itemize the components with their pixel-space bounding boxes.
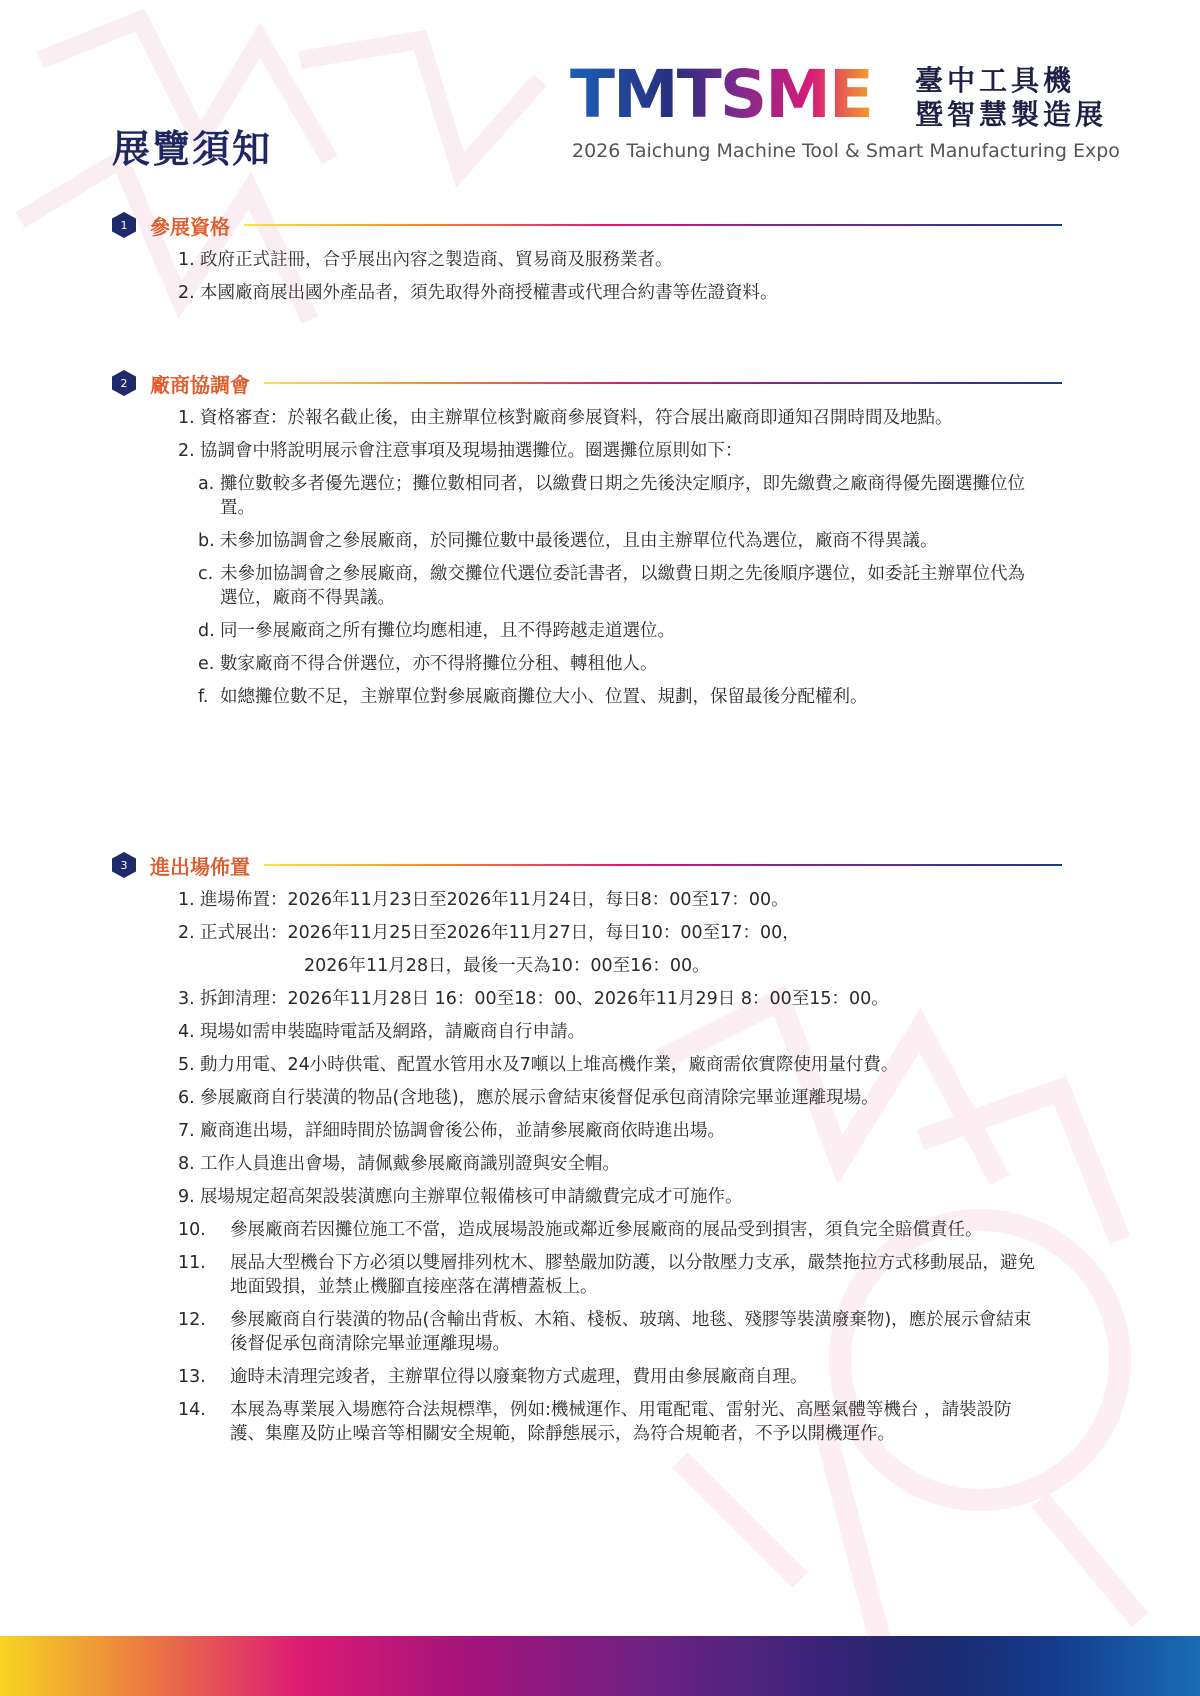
logo-chinese-name: 臺中工具機 暨智慧製造展 [915,64,1107,132]
section-title: 進出場佈置 [150,851,250,880]
hexagon-number-icon: 1 [112,212,136,238]
item-number: 14. [178,1398,230,1446]
item-text: 如總攤位數不足，主辦單位對參展廠商攤位大小、位置、規劃，保留最後分配權利。 [220,685,1032,709]
item-text: 展場規定超高架設裝潢應向主辦單位報備核可申請繳費完成才可施作。 [200,1185,1042,1209]
item-text: 未參加協調會之參展廠商，於同攤位數中最後選位，且由主辦單位代為選位，廠商不得異議… [220,529,1032,553]
item-text: 廠商進出場，詳細時間於協調會後公佈，並請參展廠商依時進出場。 [200,1119,1042,1143]
item-text: 協調會中將說明展示會注意事項及現場抽選攤位。圈選攤位原則如下： [200,439,1032,463]
list-item: 6.參展廠商自行裝潢的物品(含地毯)，應於展示會結束後督促承包商清除完畢並運離現… [178,1086,1042,1110]
list-item: 2.協調會中將說明展示會注意事項及現場抽選攤位。圈選攤位原則如下： [178,439,1032,463]
list-item: 1.進場佈置：2026年11月23日至2026年11月24日，每日8：00至17… [178,888,1042,912]
logo-cn-line2: 暨智慧製造展 [915,98,1107,132]
section-header: 1 參展資格 [112,210,1062,240]
item-text: 未參加協調會之參展廠商，繳交攤位代選位委託書者，以繳費日期之先後順序選位，如委託… [220,562,1032,610]
item-text: 本國廠商展出國外產品者，須先取得外商授權書或代理合約書等佐證資料。 [200,281,1062,305]
item-text: 參展廠商自行裝潢的物品(含地毯)，應於展示會結束後督促承包商清除完畢並運離現場。 [200,1086,1042,1110]
sub-list-item: b.未參加協調會之參展廠商，於同攤位數中最後選位，且由主辦單位代為選位，廠商不得… [198,529,1032,553]
item-number: 7. [178,1119,200,1143]
item-number: 11. [178,1251,230,1299]
item-letter: d. [198,619,220,643]
sub-list-item: d.同一參展廠商之所有攤位均應相連，且不得跨越走道選位。 [198,619,1032,643]
list-item: 11.展品大型機台下方必須以雙層排列枕木、膠墊嚴加防護，以分散壓力支承，嚴禁拖拉… [178,1251,1042,1299]
item-number: 3. [178,987,200,1011]
expo-logo: TMTSME 臺中工具機 暨智慧製造展 2026 Taichung Machin… [570,62,1130,172]
section-header: 3 進出場佈置 [112,850,1062,880]
item-letter: a. [198,472,220,520]
item-number: 12. [178,1308,230,1356]
list-item: 2.本國廠商展出國外產品者，須先取得外商授權書或代理合約書等佐證資料。 [178,281,1062,305]
item-number: 2. [178,281,200,305]
item-text: 現場如需申裝臨時電話及網路，請廠商自行申請。 [200,1020,1042,1044]
item-number: 5. [178,1053,200,1077]
item-text: 正式展出：2026年11月25日至2026年11月27日，每日10：00至17：… [200,921,1042,945]
item-text: 參展廠商自行裝潢的物品(含輸出背板、木箱、棧板、玻璃、地毯、殘膠等裝潢廢棄物)，… [230,1308,1042,1356]
item-number: 1. [178,888,200,912]
item-text: 拆卸清理：2026年11月28日 16：00至18：00、2026年11月29日… [200,987,1042,1011]
item-number: 2. [178,921,200,945]
logo-cn-line1: 臺中工具機 [915,64,1107,98]
gradient-divider [244,224,1062,226]
item-number: 8. [178,1152,200,1176]
item-text: 進場佈置：2026年11月23日至2026年11月24日，每日8：00至17：0… [200,888,1042,912]
list-item: 13.逾時未清理完竣者，主辦單位得以廢棄物方式處理，費用由參展廠商自理。 [178,1365,1042,1389]
list-item: 8.工作人員進出會場，請佩戴參展廠商識別證與安全帽。 [178,1152,1042,1176]
item-letter: c. [198,562,220,610]
item-text: 同一參展廠商之所有攤位均應相連，且不得跨越走道選位。 [220,619,1032,643]
item-number: 2. [178,439,200,463]
section-title: 廠商協調會 [150,369,250,398]
section-eligibility: 1 參展資格 1.政府正式註冊，合乎展出內容之製造商、貿易商及服務業者。 2.本… [112,210,1062,314]
section-coordination-meeting: 2 廠商協調會 1.資格審查：於報名截止後，由主辦單位核對廠商參展資料，符合展出… [112,368,1062,718]
item-text: 本展為專業展入場應符合法規標準，例如:機械運作、用電配電、雷射光、高壓氣體等機台… [230,1398,1042,1446]
item-text: 數家廠商不得合併選位，亦不得將攤位分租、轉租他人。 [220,652,1032,676]
list-item: 7.廠商進出場，詳細時間於協調會後公佈，並請參展廠商依時進出場。 [178,1119,1042,1143]
list-item: 10.參展廠商若因攤位施工不當，造成展場設施或鄰近參展廠商的展品受到損害，須負完… [178,1218,1042,1242]
hexagon-number-icon: 2 [112,370,136,396]
list-item: 9.展場規定超高架設裝潢應向主辦單位報備核可申請繳費完成才可施作。 [178,1185,1042,1209]
sub-list-item: e.數家廠商不得合併選位，亦不得將攤位分租、轉租他人。 [198,652,1032,676]
list-item: 4.現場如需申裝臨時電話及網路，請廠商自行申請。 [178,1020,1042,1044]
footer-gradient-bar [0,1636,1200,1696]
item-text: 攤位數較多者優先選位；攤位數相同者，以繳費日期之先後決定順序，即先繳費之廠商得優… [220,472,1032,520]
list-item: 2.正式展出：2026年11月25日至2026年11月27日，每日10：00至1… [178,921,1042,978]
list-item: 12.參展廠商自行裝潢的物品(含輸出背板、木箱、棧板、玻璃、地毯、殘膠等裝潢廢棄… [178,1308,1042,1356]
item-number: 1. [178,248,200,272]
item-text: 展品大型機台下方必須以雙層排列枕木、膠墊嚴加防護，以分散壓力支承，嚴禁拖拉方式移… [230,1251,1042,1299]
item-text-continuation: 2026年11月28日，最後一天為10：00至16：00。 [178,954,1042,978]
item-number: 10. [178,1218,230,1242]
logo-brand: TMTSME [570,62,872,128]
item-text: 動力用電、24小時供電、配置水管用水及7噸以上堆高機作業，廠商需依實際使用量付費… [200,1053,1042,1077]
logo-english-name: 2026 Taichung Machine Tool & Smart Manuf… [572,140,1120,162]
item-letter: f. [198,685,220,709]
list-item: 14.本展為專業展入場應符合法規標準，例如:機械運作、用電配電、雷射光、高壓氣體… [178,1398,1042,1446]
item-text: 參展廠商若因攤位施工不當，造成展場設施或鄰近參展廠商的展品受到損害，須負完全賠償… [230,1218,1042,1242]
item-number: 4. [178,1020,200,1044]
item-text: 資格審查：於報名截止後，由主辦單位核對廠商參展資料，符合展出廠商即通知召開時間及… [200,406,1032,430]
sub-list-item: c.未參加協調會之參展廠商，繳交攤位代選位委託書者，以繳費日期之先後順序選位，如… [198,562,1032,610]
section-title: 參展資格 [150,211,230,240]
item-number: 1. [178,406,200,430]
section-move-in-setup: 3 進出場佈置 1.進場佈置：2026年11月23日至2026年11月24日，每… [112,850,1062,1455]
item-letter: e. [198,652,220,676]
item-number: 13. [178,1365,230,1389]
page-title: 展覽須知 [112,118,272,173]
item-letter: b. [198,529,220,553]
list-item: 5.動力用電、24小時供電、配置水管用水及7噸以上堆高機作業，廠商需依實際使用量… [178,1053,1042,1077]
gradient-divider [264,864,1062,866]
list-item: 1.資格審查：於報名截止後，由主辦單位核對廠商參展資料，符合展出廠商即通知召開時… [178,406,1032,430]
sub-list-item: f.如總攤位數不足，主辦單位對參展廠商攤位大小、位置、規劃，保留最後分配權利。 [198,685,1032,709]
list-item: 1.政府正式註冊，合乎展出內容之製造商、貿易商及服務業者。 [178,248,1062,272]
item-text: 政府正式註冊，合乎展出內容之製造商、貿易商及服務業者。 [200,248,1062,272]
sub-list-item: a.攤位數較多者優先選位；攤位數相同者，以繳費日期之先後決定順序，即先繳費之廠商… [198,472,1032,520]
hexagon-number-icon: 3 [112,852,136,878]
item-text: 逾時未清理完竣者，主辦單位得以廢棄物方式處理，費用由參展廠商自理。 [230,1365,1042,1389]
item-number: 9. [178,1185,200,1209]
item-number: 6. [178,1086,200,1110]
gradient-divider [264,382,1062,384]
section-header: 2 廠商協調會 [112,368,1062,398]
item-text: 工作人員進出會場，請佩戴參展廠商識別證與安全帽。 [200,1152,1042,1176]
list-item: 3.拆卸清理：2026年11月28日 16：00至18：00、2026年11月2… [178,987,1042,1011]
